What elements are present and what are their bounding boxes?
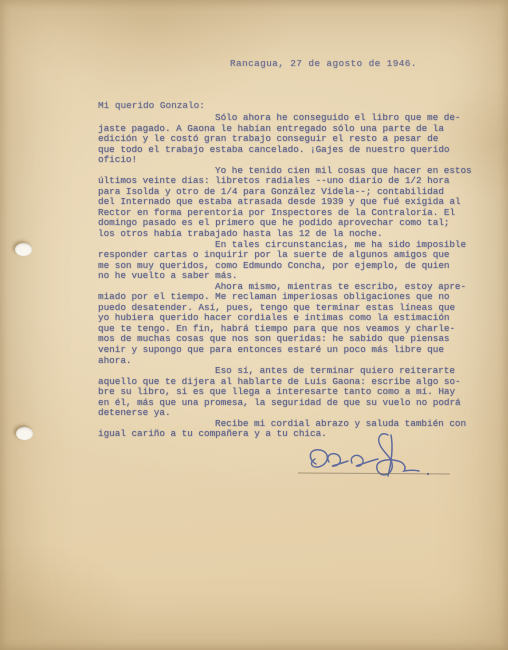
letter-body: Sólo ahora he conseguido el libro que me… [98, 113, 470, 440]
paragraph: En tales circunstancias, me ha sido impo… [98, 240, 470, 282]
paragraph: Eso sí, antes de terminar quiero reitera… [98, 366, 470, 419]
paragraph: Sólo ahora he conseguido el libro que me… [98, 113, 470, 166]
letter-page: Rancagua, 27 de agosto de 1946. Mi queri… [0, 0, 508, 650]
text-line: que todo el trabajo estaba cancelado. ¡G… [98, 145, 470, 156]
paragraph: Ahora mismo, mientras te escribo, estoy … [98, 282, 470, 366]
text-line: los otros había trabajado hasta las 12 d… [98, 229, 470, 240]
text-line: venir y supongo que para entonces estaré… [98, 345, 470, 356]
text-line: Sólo ahora he conseguido el libro que me… [98, 113, 470, 124]
punch-hole-bottom [16, 427, 33, 440]
punch-hole-top [15, 243, 32, 256]
paragraph: Yo he tenido cien mil cosas que hacer en… [98, 166, 470, 240]
dateline: Rancagua, 27 de agosto de 1946. [230, 58, 417, 69]
signature-block [300, 430, 460, 485]
salutation: Mi querido Gonzalo: [98, 100, 205, 111]
handwritten-signature-icon [300, 430, 460, 485]
